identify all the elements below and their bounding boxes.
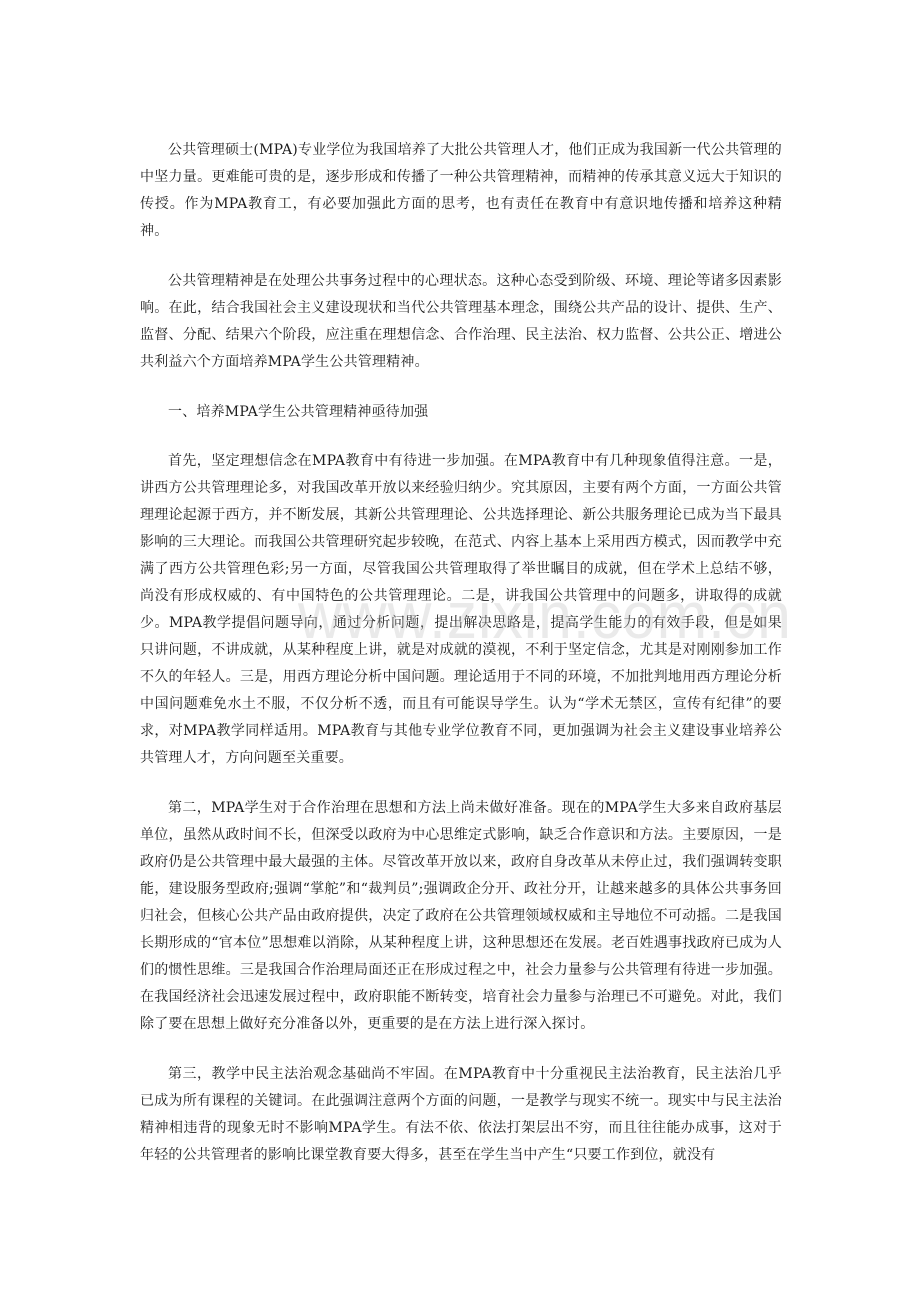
paragraph-definition: 公共管理精神是在处理公共事务过程中的心理状态。这种心态受到阶级、环境、理论等诸多…: [140, 268, 782, 376]
document-page: 公共管理硕士(MPA)专业学位为我国培养了大批公共管理人才，他们正成为我国新一代…: [140, 137, 782, 1192]
section-heading-1: 一、培养MPA学生公共管理精神亟待加强: [140, 399, 782, 426]
paragraph-first-point: 首先，坚定理想信念在MPA教育中有待进一步加强。在MPA教育中有几种现象值得注意…: [140, 448, 782, 772]
paragraph-second-point: 第二，MPA学生对于合作治理在思想和方法上尚未做好准备。现在的MPA学生大多来自…: [140, 795, 782, 1038]
paragraph-intro: 公共管理硕士(MPA)专业学位为我国培养了大批公共管理人才，他们正成为我国新一代…: [140, 137, 782, 245]
paragraph-third-point: 第三，教学中民主法治观念基础尚不牢固。在MPA教育中十分重视民主法治教育，民主法…: [140, 1061, 782, 1169]
